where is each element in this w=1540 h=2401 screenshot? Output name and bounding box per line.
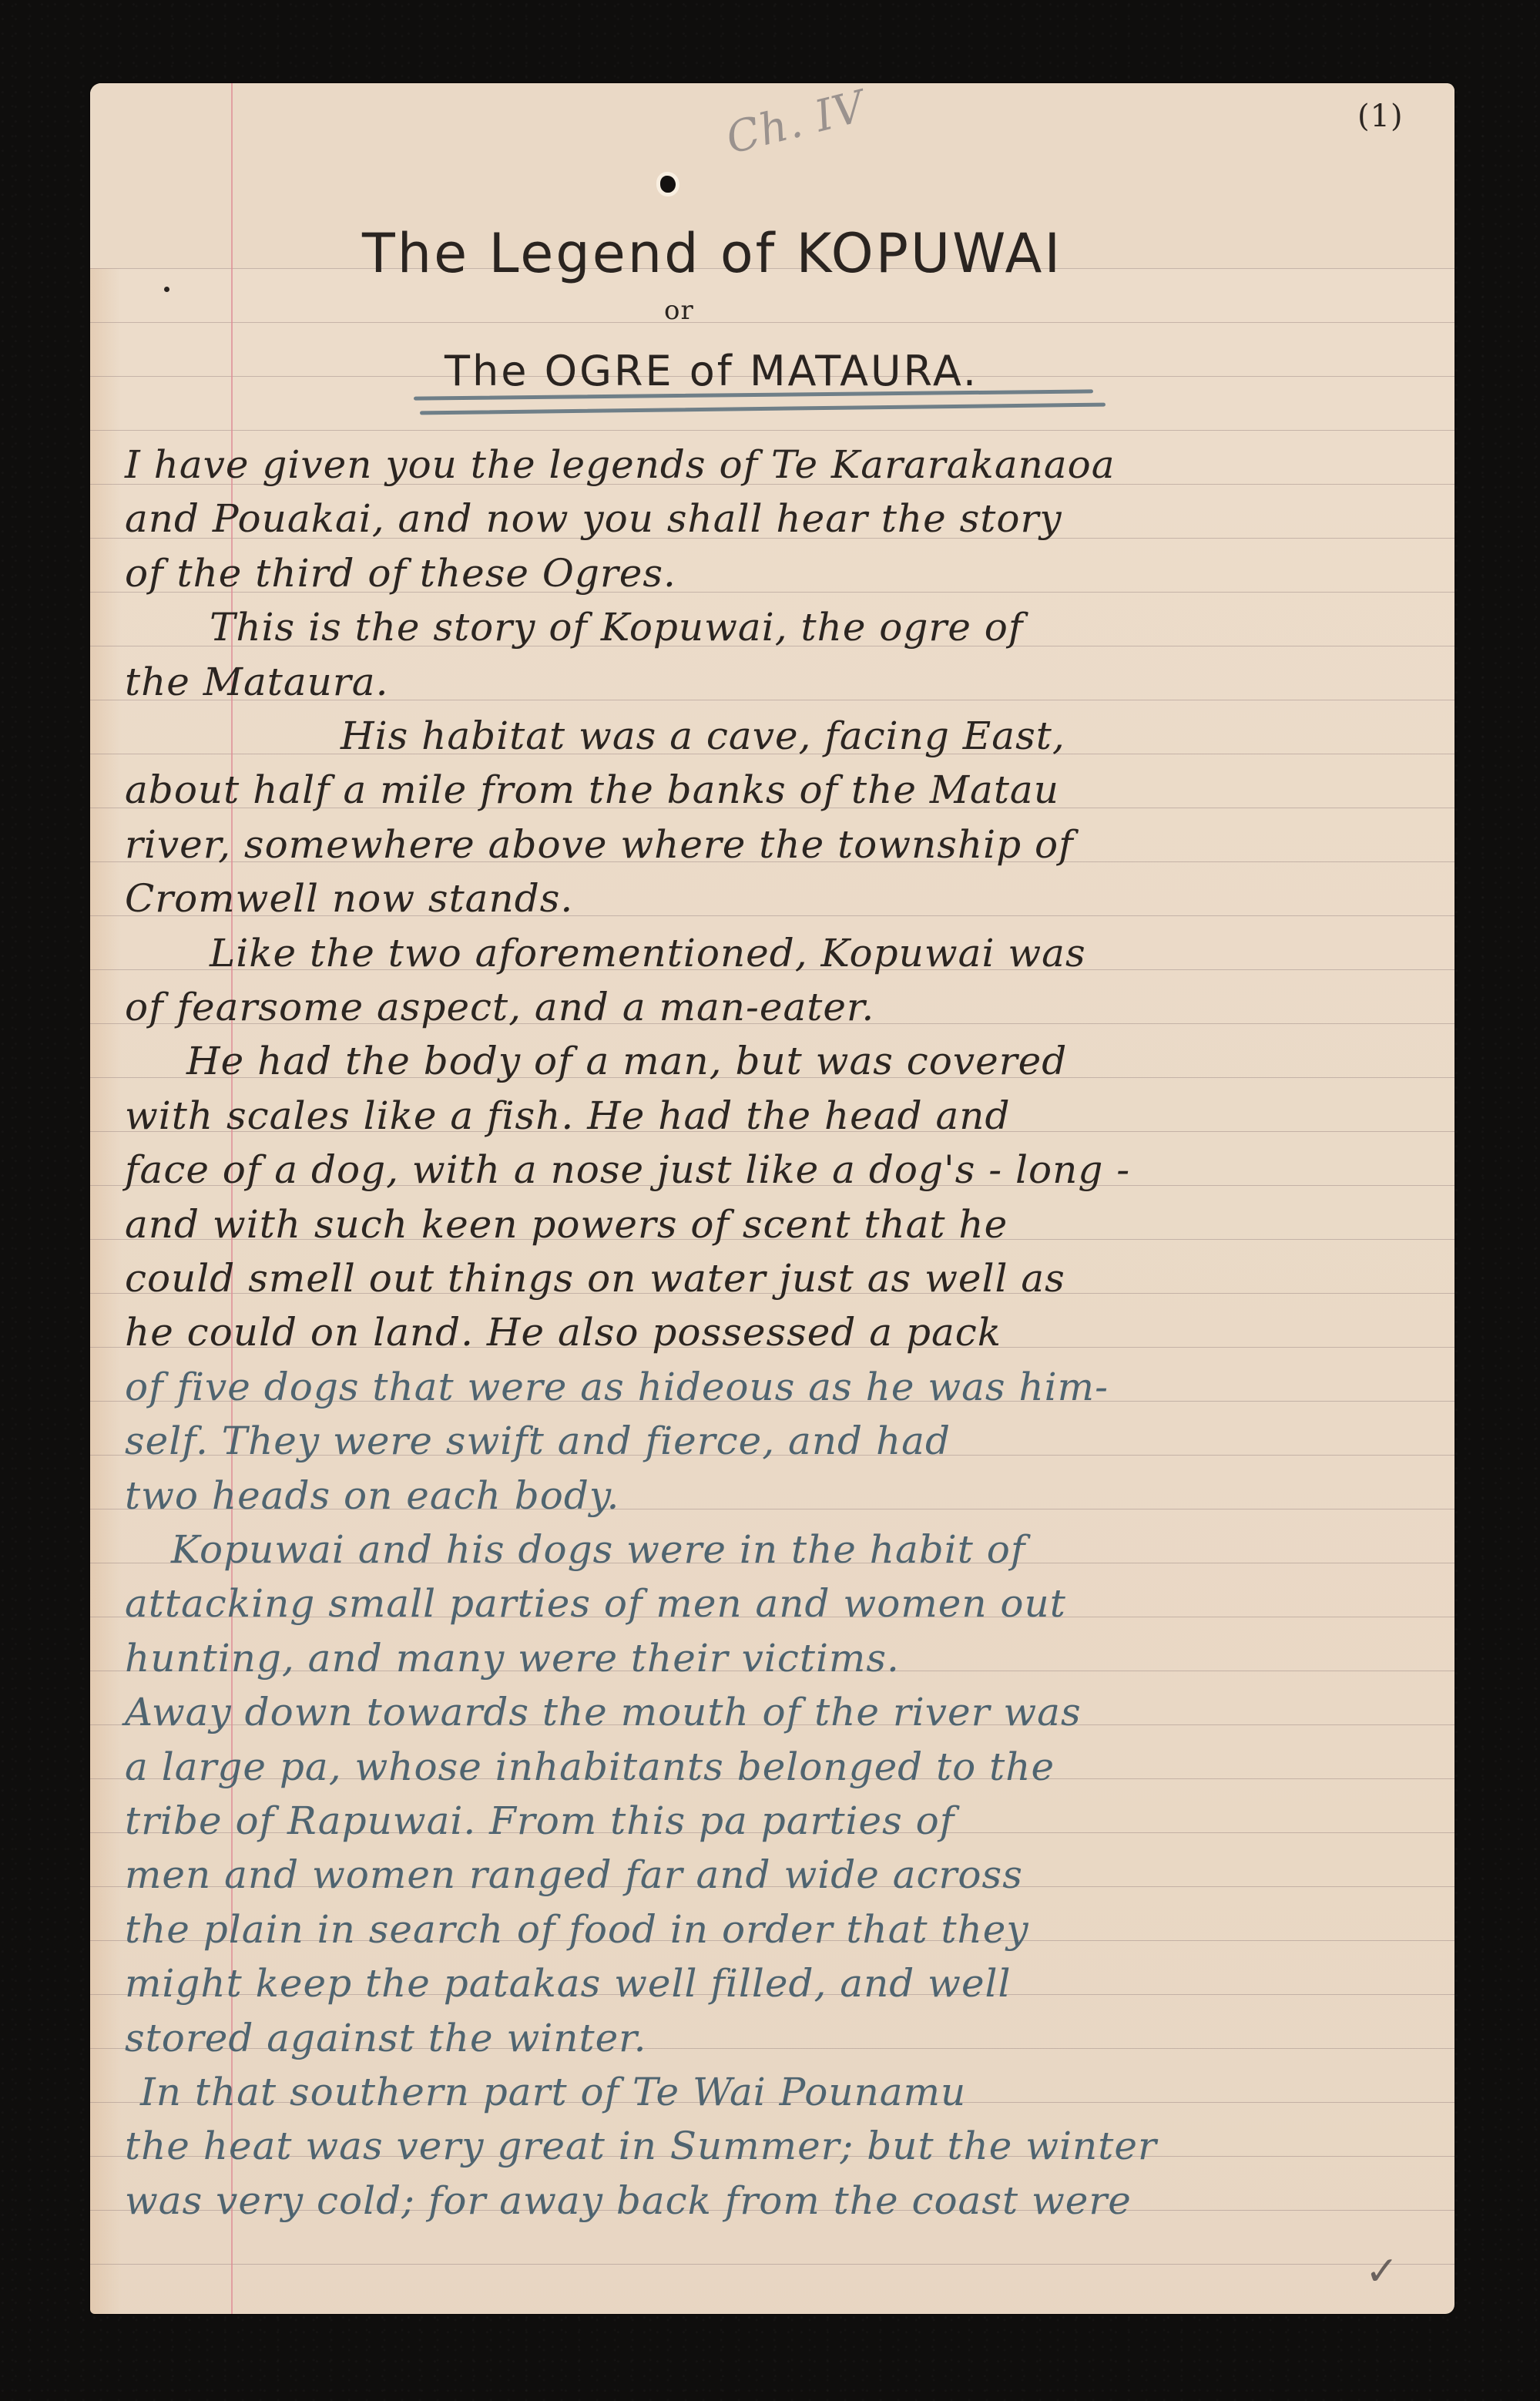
manuscript-line: river, somewhere above where the townshi…	[125, 818, 1074, 871]
page-number: (1)	[1357, 99, 1404, 134]
manuscript-line: hunting, and many were their victims.	[125, 1631, 900, 1685]
manuscript-line: Away down towards the mouth of the river…	[125, 1685, 1082, 1739]
punch-hole	[660, 176, 676, 193]
manuscript-line: was very cold; for away back from the co…	[125, 2174, 1132, 2228]
manuscript-line: Cromwell now stands.	[125, 871, 573, 925]
manuscript-line: the plain in search of food in order tha…	[125, 1902, 1029, 1956]
manuscript-line: This is the story of Kopuwai, the ogre o…	[210, 600, 1023, 654]
manuscript-line: Like the two aforementioned, Kopuwai was	[210, 926, 1086, 980]
manuscript-line: self. They were swift and fierce, and ha…	[125, 1414, 951, 1468]
manuscript-line: He had the body of a man, but was covere…	[186, 1034, 1067, 1088]
manuscript-line: might keep the patakas well filled, and …	[125, 1956, 1012, 2010]
manuscript-line: tribe of Rapuwai. From this pa parties o…	[125, 1794, 955, 1848]
manuscript-line: two heads on each body.	[125, 1469, 619, 1523]
title-connector: or	[664, 295, 694, 326]
manuscript-line: face of a dog, with a nose just like a d…	[125, 1143, 1130, 1197]
manuscript-line: and with such keen powers of scent that …	[125, 1197, 1008, 1251]
manuscript-line: of the third of these Ogres.	[125, 546, 676, 600]
manuscript-line: and Pouakai, and now you shall hear the …	[125, 492, 1062, 546]
page-title: The Legend of KOPUWAI	[362, 222, 1062, 285]
manuscript-line: a large pa, whose inhabitants belonged t…	[125, 1740, 1055, 1794]
manuscript-line: stored against the winter.	[125, 2011, 646, 2065]
manuscript-line: of fearsome aspect, and a man-eater.	[125, 980, 874, 1034]
manuscript-line: the heat was very great in Summer; but t…	[125, 2119, 1157, 2173]
manuscript-line: attacking small parties of men and women…	[125, 1577, 1066, 1630]
manuscript-line: could smell out things on water just as …	[125, 1251, 1065, 1305]
page-subtitle: The OGRE of MATAURA.	[445, 347, 978, 395]
ink-speck	[164, 287, 169, 292]
checkmark-icon: ✓	[1365, 2248, 1399, 2295]
manuscript-line: of five dogs that were as hideous as he …	[125, 1360, 1109, 1414]
manuscript-page: Ch. IV (1) The Legend of KOPUWAI or The …	[90, 83, 1454, 2314]
manuscript-line: men and women ranged far and wide across	[125, 1848, 1023, 1902]
manuscript-line: about half a mile from the banks of the …	[125, 763, 1059, 817]
manuscript-line: His habitat was a cave, facing East,	[341, 709, 1065, 763]
manuscript-line: In that southern part of Te Wai Pounamu	[140, 2065, 966, 2119]
manuscript-line: with scales like a fish. He had the head…	[125, 1089, 1011, 1143]
manuscript-line: I have given you the legends of Te Karar…	[125, 438, 1116, 492]
manuscript-line: Kopuwai and his dogs were in the habit o…	[171, 1523, 1025, 1577]
manuscript-line: he could on land. He also possessed a pa…	[125, 1305, 1002, 1359]
manuscript-line: the Mataura.	[125, 655, 389, 709]
